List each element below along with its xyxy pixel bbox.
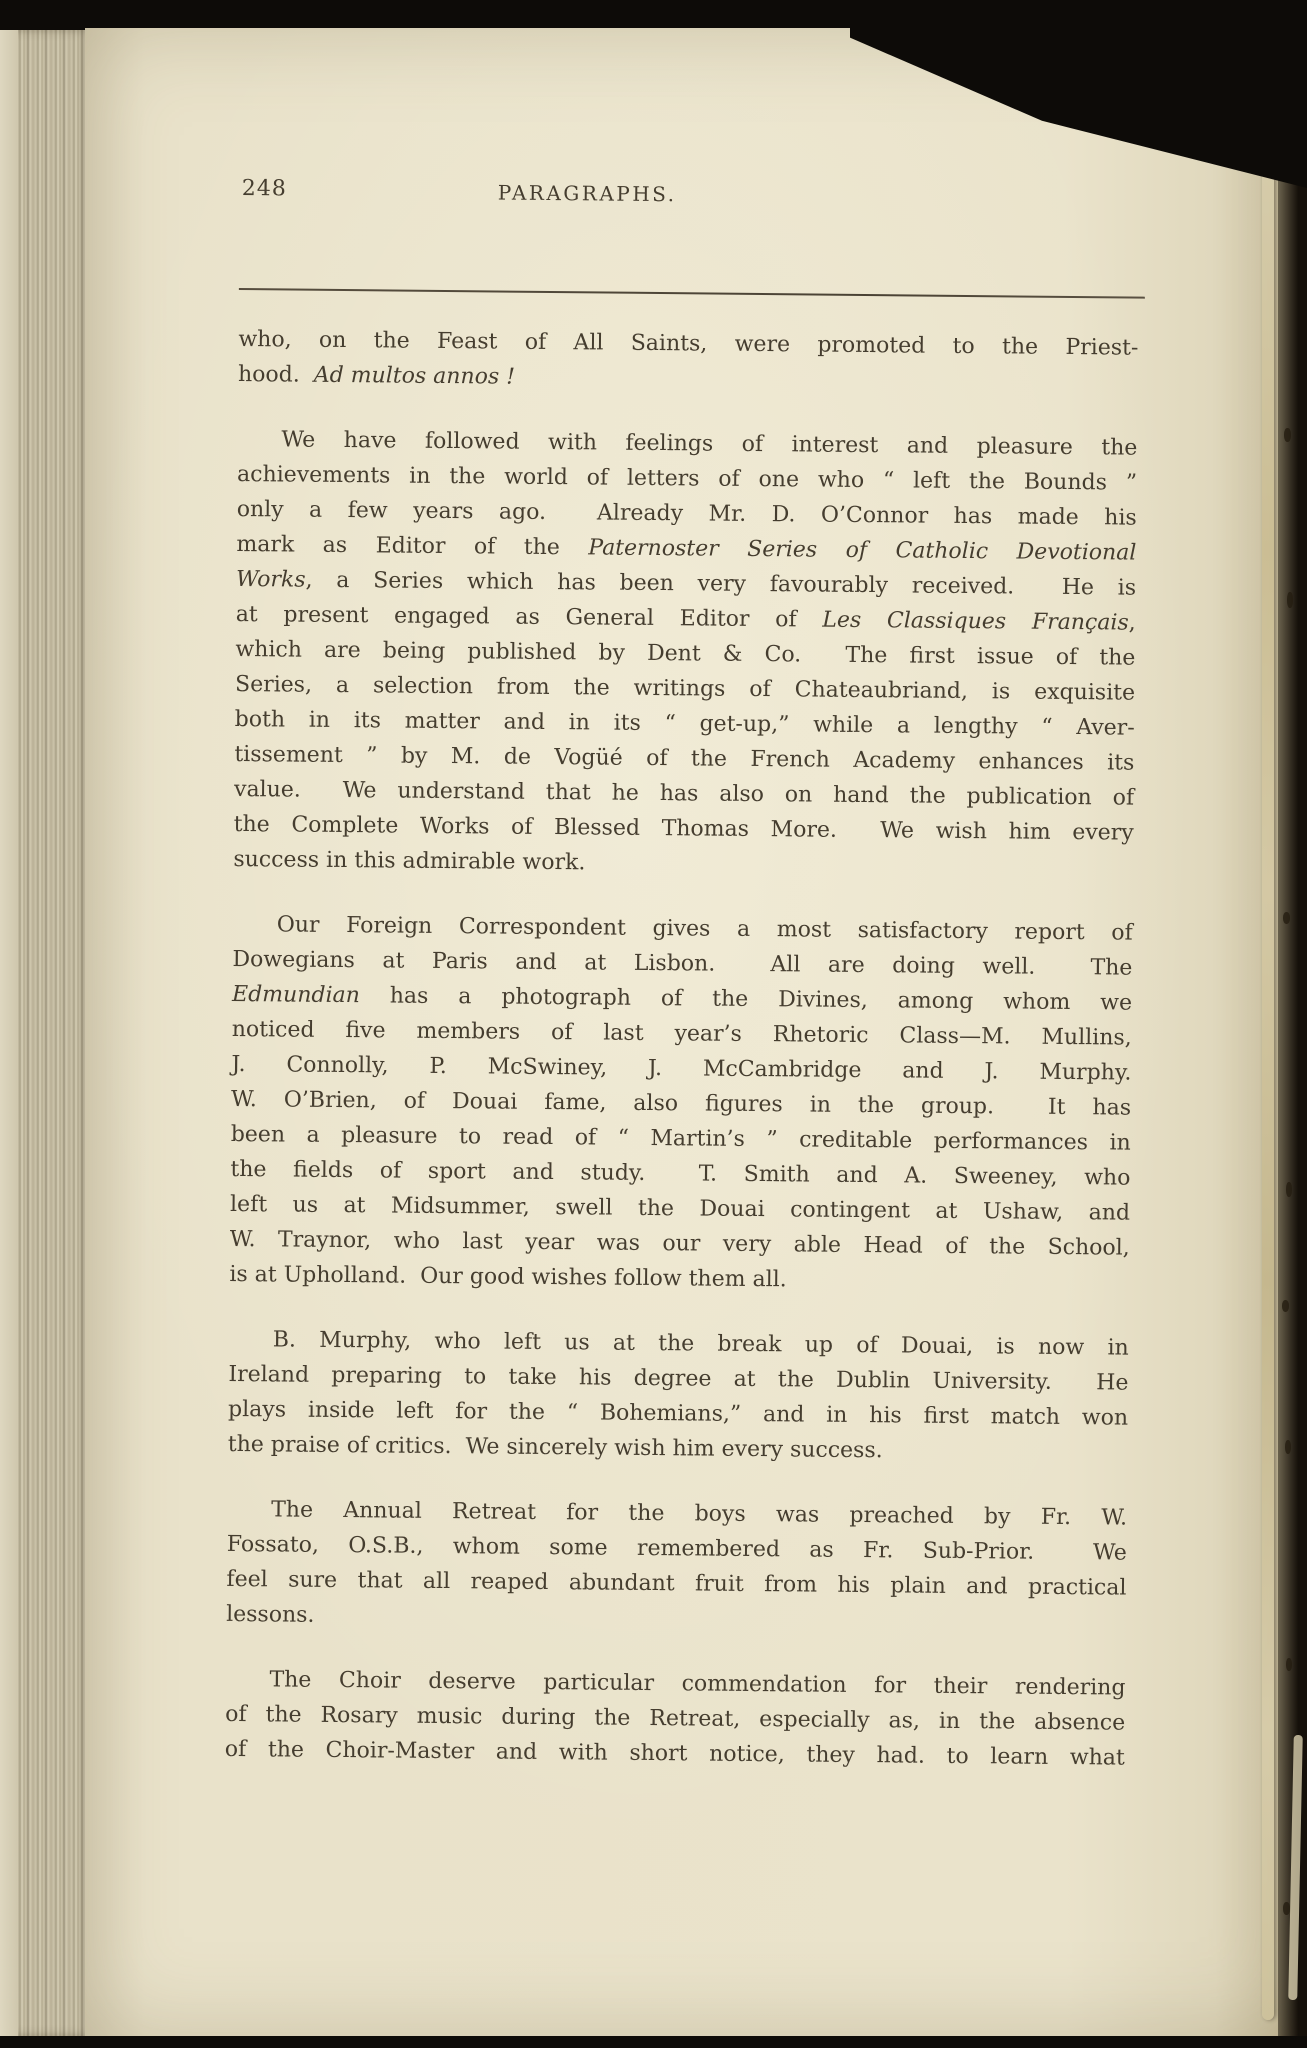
page-edge-mark bbox=[1287, 592, 1293, 608]
text-segment: who, on the Feast of All Saints, were pr… bbox=[238, 327, 1138, 361]
page-edge-mark bbox=[1286, 1658, 1292, 1671]
page-edge-mark bbox=[1283, 912, 1290, 924]
text-segment: J. Connolly, P. McSwiney, J. McCambridge… bbox=[231, 1052, 1131, 1086]
page-edge-mark bbox=[1283, 1902, 1290, 1915]
text-segment: tissement ” by M. de Vogüé of the French… bbox=[234, 742, 1134, 776]
text-segment: noticed five members of last year’s Rhet… bbox=[232, 1017, 1132, 1051]
text-segment: Our Foreign Correspondent gives a most s… bbox=[277, 912, 1133, 945]
text-segment: Fossato, O.S.B., whom some remembered as… bbox=[227, 1532, 1127, 1566]
text-segment: lessons. bbox=[226, 1602, 315, 1628]
text-segment: of the Rosary music during the Retreat, … bbox=[225, 1702, 1125, 1736]
italic-text-segment: Les Classiques Français bbox=[822, 608, 1129, 636]
text-segment: is at Upholland. Our good wishes follow … bbox=[229, 1262, 787, 1292]
italic-text-segment: Paternoster Series of Catholic Devotiona… bbox=[588, 535, 1136, 565]
text-block: who, on the Feast of All Saints, were pr… bbox=[225, 322, 1139, 1776]
italic-text-segment: Edmundian bbox=[232, 982, 360, 1008]
text-segment: been a pleasure to read of “ Martin’s ” … bbox=[231, 1122, 1131, 1156]
page-fold-edge bbox=[1262, 130, 1274, 2020]
text-segment: both in its matter and in its “ get-up,”… bbox=[235, 707, 1135, 741]
text-segment: of the Choir-Master and with short notic… bbox=[225, 1737, 1125, 1771]
book-page-edges-cap bbox=[0, 30, 18, 2036]
page-content: 248 PARAGRAPHS. who, on the Feast of All… bbox=[225, 172, 1140, 1776]
text-segment: achievements in the world of letters of … bbox=[237, 462, 1137, 496]
paragraph: The Choir deserve particular commendatio… bbox=[225, 1662, 1126, 1776]
paragraph: who, on the Feast of All Saints, were pr… bbox=[238, 322, 1139, 401]
text-segment: left us at Midsummer, swell the Douai co… bbox=[230, 1192, 1130, 1226]
text-segment: mark as Editor of the bbox=[236, 532, 588, 560]
text-segment: , a Series which has been very favourabl… bbox=[305, 568, 1136, 601]
text-segment: the Complete Works of Blessed Thomas Mor… bbox=[234, 812, 1134, 846]
italic-text-segment: Ad multos annos ! bbox=[314, 363, 515, 390]
text-segment: plays inside left for the “ Bohemians,” … bbox=[228, 1397, 1128, 1431]
paragraph: B. Murphy, who left us at the break up o… bbox=[228, 1322, 1129, 1471]
text-segment: only a few years ago. Already Mr. D. O’C… bbox=[237, 497, 1137, 531]
text-segment: Series, a selection from the writings of… bbox=[235, 672, 1135, 706]
italic-text-segment: Works bbox=[236, 567, 306, 593]
text-segment: , bbox=[1129, 611, 1136, 636]
page-edge-mark bbox=[1286, 1182, 1292, 1197]
text-segment: B. Murphy, who left us at the break up o… bbox=[273, 1327, 1129, 1360]
page-edge-mark bbox=[1282, 1300, 1289, 1312]
text-segment: hood. bbox=[238, 362, 314, 388]
text-segment: success in this admirable work. bbox=[233, 847, 585, 875]
text-segment: Dowegians at Paris and at Lisbon. All ar… bbox=[232, 947, 1132, 981]
paragraph: We have followed with feelings of intere… bbox=[233, 422, 1137, 886]
text-segment: which are being published by Dent & Co. … bbox=[235, 637, 1135, 671]
text-segment: W. O’Brien, of Douai fame, also figures … bbox=[231, 1087, 1131, 1121]
page-header: 248 PARAGRAPHS. bbox=[240, 172, 1140, 221]
text-segment: The Annual Retreat for the boys was prea… bbox=[271, 1497, 1127, 1530]
text-segment: value. We understand that he has also on… bbox=[234, 777, 1134, 811]
text-segment: has a photograph of the Divines, among w… bbox=[360, 983, 1132, 1015]
page-edge-mark bbox=[1285, 1440, 1291, 1454]
page-right-shadow bbox=[1278, 28, 1307, 2036]
text-segment: the praise of critics. We sincerely wish… bbox=[228, 1432, 883, 1463]
text-segment: feel sure that all reaped abundant fruit… bbox=[226, 1567, 1126, 1601]
text-segment: Ireland preparing to take his degree at … bbox=[228, 1362, 1128, 1396]
paragraph: The Annual Retreat for the boys was prea… bbox=[226, 1492, 1127, 1641]
text-segment: The Choir deserve particular commendatio… bbox=[269, 1667, 1125, 1700]
paragraph: Our Foreign Correspondent gives a most s… bbox=[229, 907, 1133, 1301]
page-number: 248 bbox=[242, 176, 287, 201]
text-segment: the fields of sport and study. T. Smith … bbox=[230, 1157, 1130, 1191]
text-segment: at present engaged as General Editor of bbox=[236, 602, 823, 633]
page-edge-mark bbox=[1284, 428, 1291, 442]
text-segment: W. Traynor, who last year was our very a… bbox=[230, 1227, 1130, 1261]
text-segment: We have followed with feelings of intere… bbox=[281, 427, 1137, 460]
running-title: PARAGRAPHS. bbox=[498, 180, 677, 206]
header-rule bbox=[239, 288, 1145, 299]
